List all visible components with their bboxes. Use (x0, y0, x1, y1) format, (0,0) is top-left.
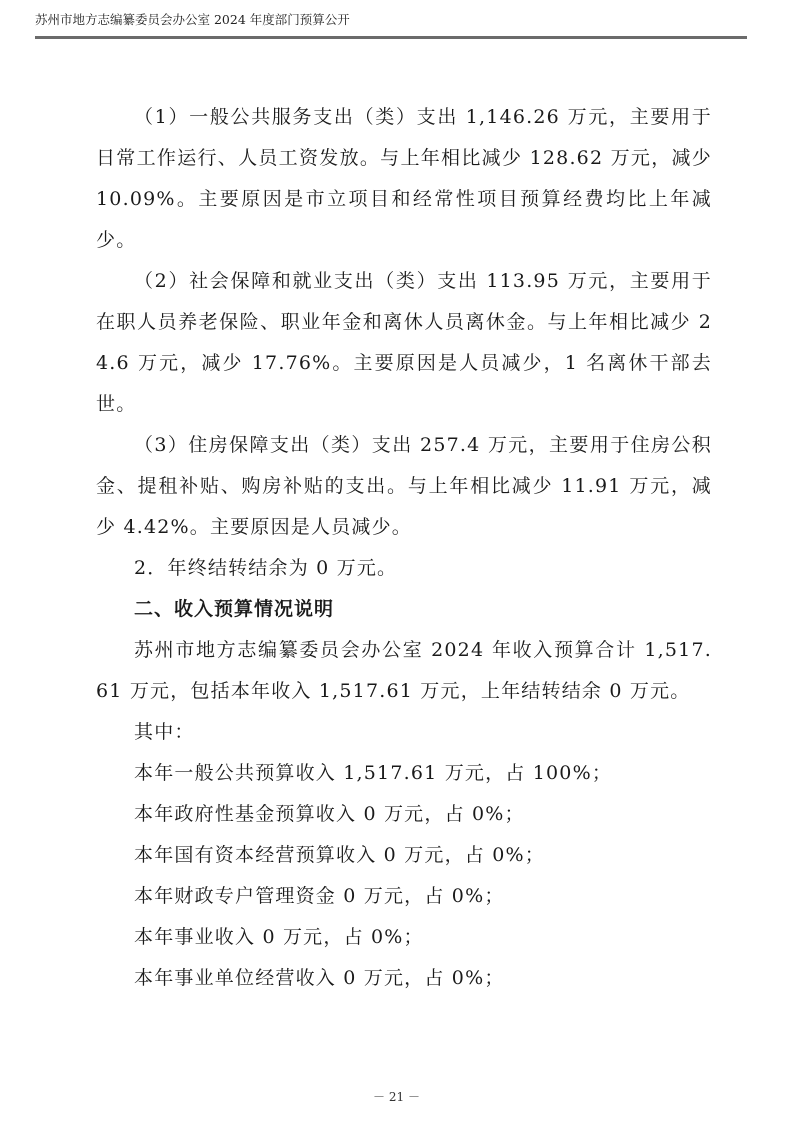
income-item: 本年事业单位经营收入 0 万元，占 0%； (96, 958, 712, 999)
income-item: 本年财政专户管理资金 0 万元，占 0%； (96, 876, 712, 917)
income-item: 本年国有资本经营预算收入 0 万元，占 0%； (96, 835, 712, 876)
paragraph-general-public-services: （1）一般公共服务支出（类）支出 1,146.26 万元，主要用于日常工作运行、… (96, 97, 712, 261)
income-item: 本年事业收入 0 万元，占 0%； (96, 917, 712, 958)
paragraph-housing-security: （3）住房保障支出（类）支出 257.4 万元，主要用于住房公积金、提租补贴、购… (96, 425, 712, 548)
paragraph-year-end-balance: 2．年终结转结余为 0 万元。 (96, 548, 712, 589)
paragraph-social-security: （2）社会保障和就业支出（类）支出 113.95 万元，主要用于在职人员养老保险… (96, 261, 712, 425)
income-item: 本年一般公共预算收入 1,517.61 万元，占 100%； (96, 753, 712, 794)
document-title: 苏州市地方志编纂委员会办公室 2024 年度部门预算公开 (35, 12, 747, 28)
page-header: 苏州市地方志编纂委员会办公室 2024 年度部门预算公开 (35, 12, 747, 28)
among-label: 其中： (96, 712, 712, 753)
header-divider (35, 36, 747, 39)
section-heading-income-budget: 二、收入预算情况说明 (96, 589, 712, 630)
income-item: 本年政府性基金预算收入 0 万元，占 0%； (96, 794, 712, 835)
paragraph-income-summary: 苏州市地方志编纂委员会办公室 2024 年收入预算合计 1,517.61 万元，… (96, 630, 712, 712)
document-body: （1）一般公共服务支出（类）支出 1,146.26 万元，主要用于日常工作运行、… (96, 97, 712, 999)
page-number: － 21 － (0, 1088, 793, 1105)
